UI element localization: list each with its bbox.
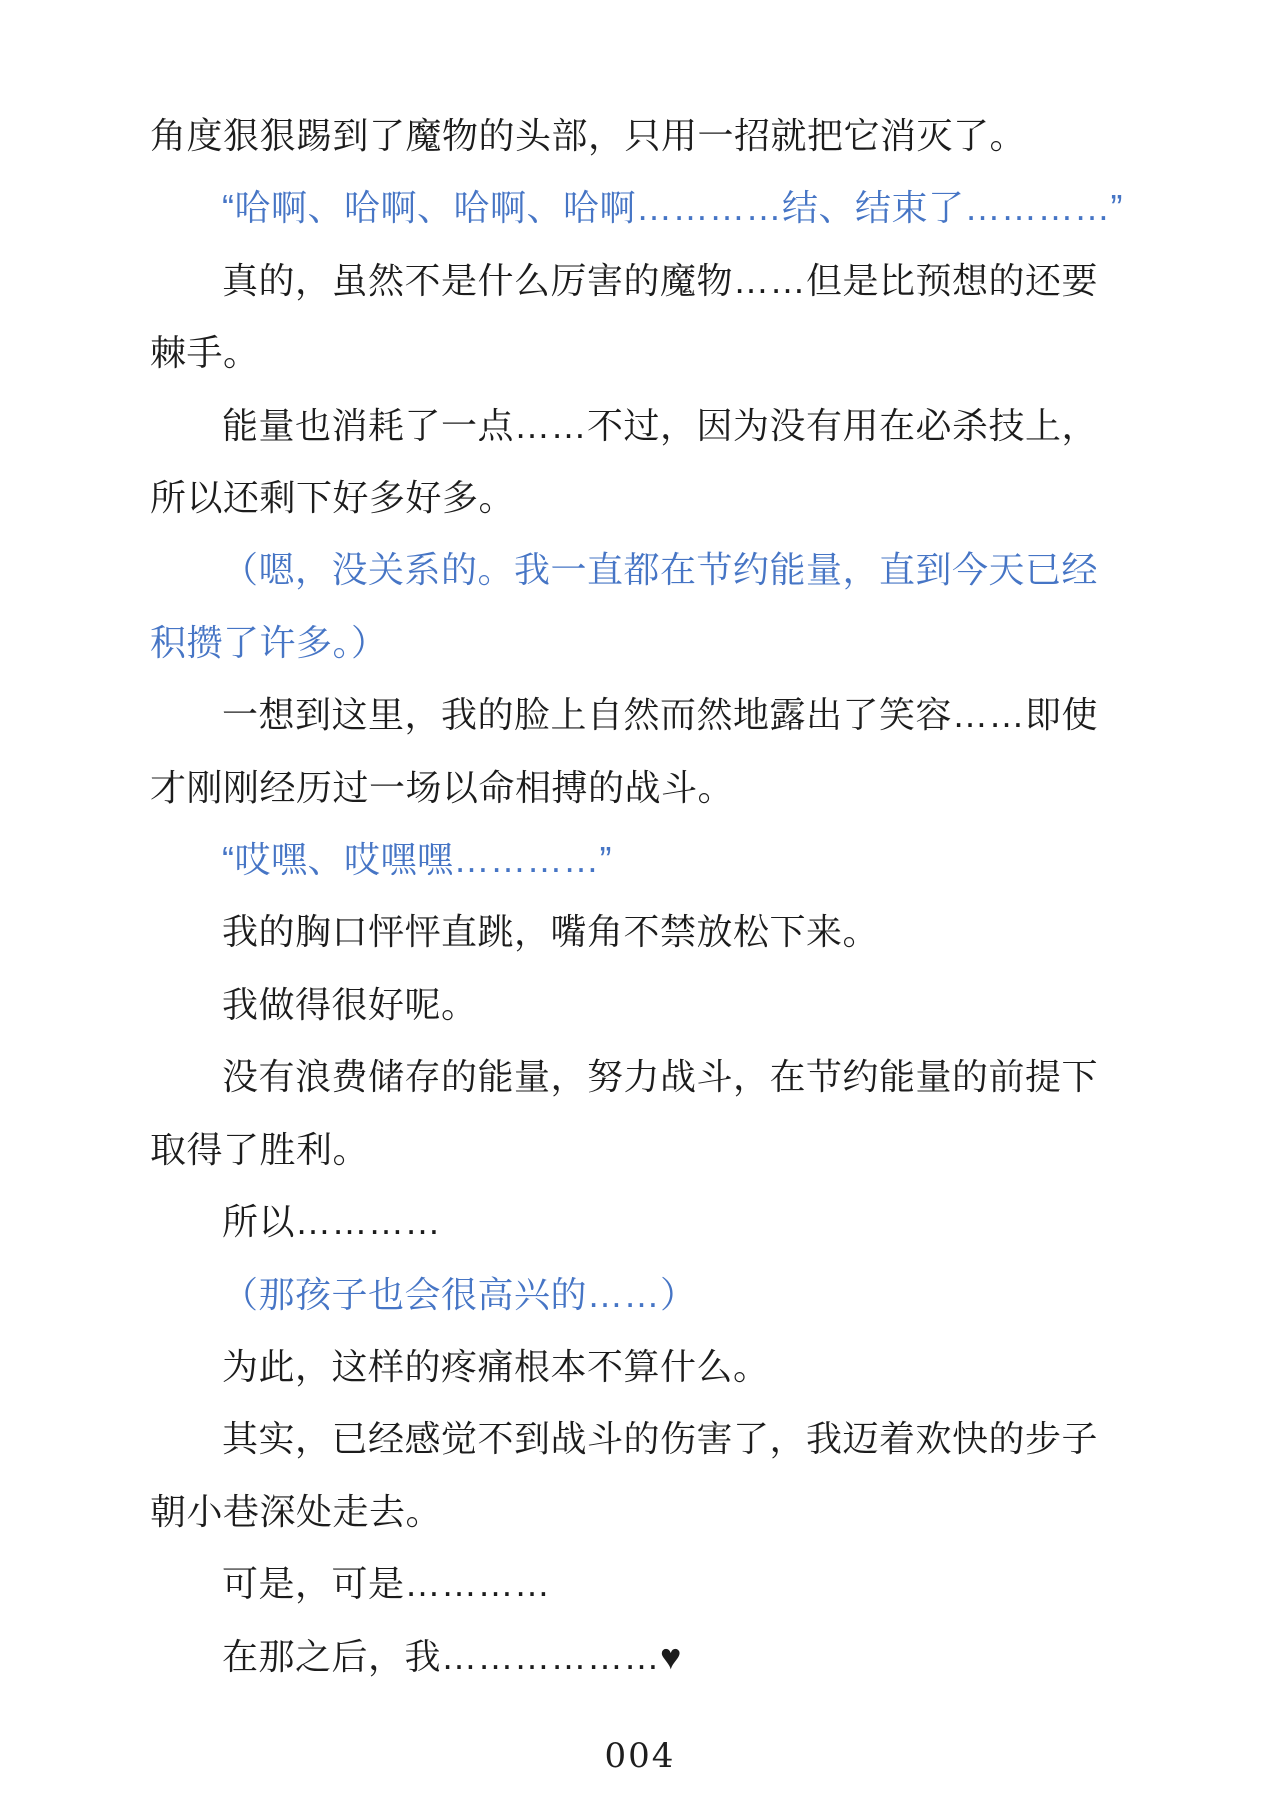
text-line: 其实，已经感觉不到战斗的伤害了，我迈着欢快的步子 bbox=[150, 1403, 1160, 1475]
text-line: 一想到这里，我的脸上自然而然地露出了笑容……即使 bbox=[150, 679, 1160, 751]
text-line: 在那之后，我………………♥ bbox=[150, 1621, 1160, 1693]
text-line: 能量也消耗了一点……不过，因为没有用在必杀技上， bbox=[150, 390, 1160, 462]
text-line: 我做得很好呢。 bbox=[150, 969, 1160, 1041]
text-line: 积攒了许多。） bbox=[150, 607, 1160, 679]
text-line: “哈啊、哈啊、哈啊、哈啊…………结、结束了…………” bbox=[150, 172, 1160, 244]
text-line: 所以还剩下好多好多。 bbox=[150, 462, 1160, 534]
page-footer: 004 bbox=[0, 1736, 1280, 1776]
text-line: 没有浪费储存的能量，努力战斗，在节约能量的前提下 bbox=[150, 1041, 1160, 1113]
text-line: 角度狠狠踢到了魔物的头部，只用一招就把它消灭了。 bbox=[150, 100, 1160, 172]
body-text: 角度狠狠踢到了魔物的头部，只用一招就把它消灭了。“哈啊、哈啊、哈啊、哈啊…………… bbox=[150, 100, 1160, 1693]
novel-page: 角度狠狠踢到了魔物的头部，只用一招就把它消灭了。“哈啊、哈啊、哈啊、哈啊…………… bbox=[0, 0, 1280, 1807]
text-line: 所以………… bbox=[150, 1186, 1160, 1258]
text-line: 真的，虽然不是什么厉害的魔物……但是比预想的还要 bbox=[150, 245, 1160, 317]
text-line: 才刚刚经历过一场以命相搏的战斗。 bbox=[150, 752, 1160, 824]
text-line: （嗯，没关系的。我一直都在节约能量，直到今天已经 bbox=[150, 534, 1160, 606]
text-line: （那孩子也会很高兴的……） bbox=[150, 1259, 1160, 1331]
text-line: 我的胸口怦怦直跳，嘴角不禁放松下来。 bbox=[150, 896, 1160, 968]
text-line: 朝小巷深处走去。 bbox=[150, 1476, 1160, 1548]
text-line: 取得了胜利。 bbox=[150, 1114, 1160, 1186]
text-line: “哎嘿、哎嘿嘿…………” bbox=[150, 824, 1160, 896]
page-number: 004 bbox=[605, 1736, 676, 1776]
text-line: 为此，这样的疼痛根本不算什么。 bbox=[150, 1331, 1160, 1403]
text-line: 棘手。 bbox=[150, 317, 1160, 389]
text-line: 可是，可是………… bbox=[150, 1548, 1160, 1620]
